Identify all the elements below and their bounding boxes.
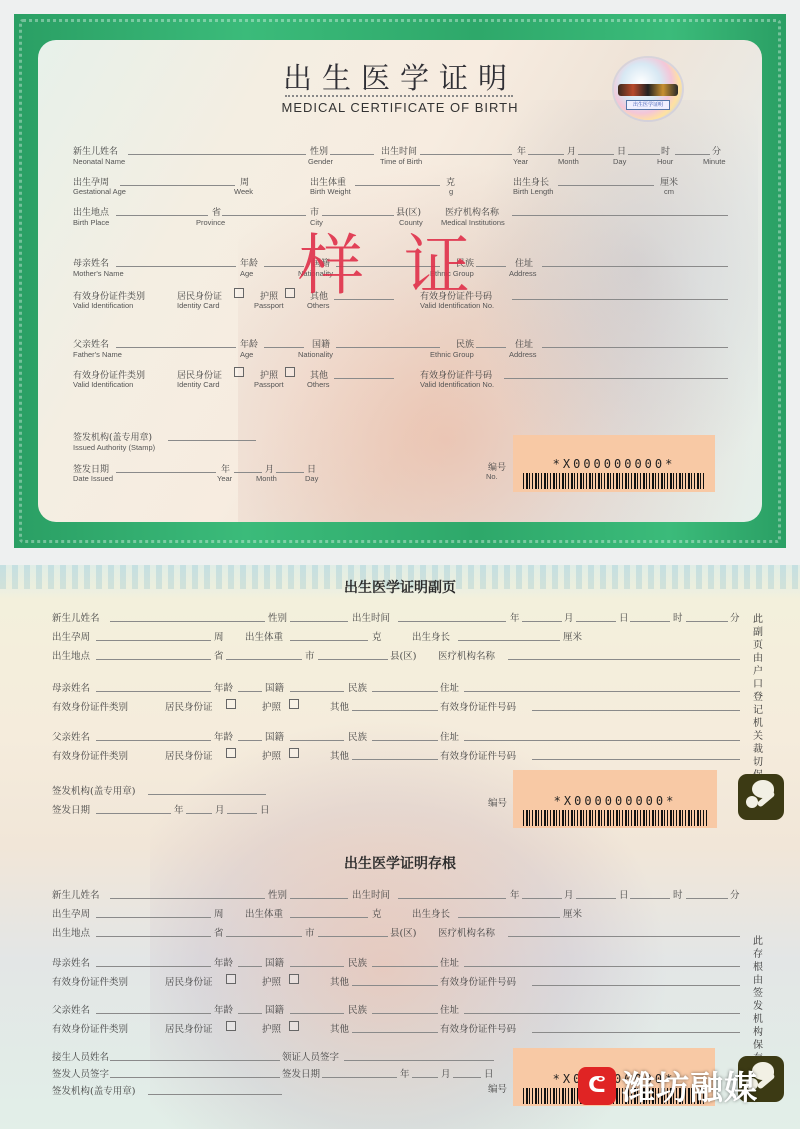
copy-mother-address-field[interactable]	[464, 691, 740, 692]
mother-id-number-field[interactable]	[512, 299, 728, 300]
copy-date-month-field[interactable]	[186, 813, 212, 814]
date-issued-day-field[interactable]	[276, 472, 304, 473]
stub-date-year-field[interactable]	[322, 1077, 397, 1078]
birth-day-field[interactable]	[578, 154, 614, 155]
stub-page-title: 出生医学证明存根	[0, 853, 800, 873]
stub-birth-day-field[interactable]	[576, 898, 616, 899]
stub-father-id-other-field[interactable]	[352, 1032, 438, 1033]
birth-weight-field[interactable]	[355, 185, 440, 186]
stub-birth-province-field[interactable]	[96, 936, 211, 937]
birth-year-field[interactable]	[420, 154, 512, 155]
hologram-label: 出生医学证明	[626, 100, 670, 110]
copy-mother-id-card-checkbox[interactable]	[226, 699, 236, 709]
mother-passport-checkbox[interactable]	[285, 288, 295, 298]
copy-serial-number: *X000000000*	[513, 794, 717, 808]
copy-gestational-age-field[interactable]	[96, 640, 211, 641]
copy-page-side-note: 此副页由户口登记机关裁切保存	[752, 613, 764, 795]
copy-mother-ethnic-field[interactable]	[372, 691, 438, 692]
copy-father-passport-checkbox[interactable]	[289, 748, 299, 758]
copy-birth-weight-field[interactable]	[290, 640, 368, 641]
stub-issued-authority-field[interactable]	[148, 1094, 282, 1095]
stub-birth-hour-field[interactable]	[630, 898, 670, 899]
copy-father-id-other-field[interactable]	[352, 759, 438, 760]
serial-number: *X000000000*	[513, 457, 715, 471]
issued-authority-field[interactable]	[168, 440, 256, 441]
mother-id-card-checkbox[interactable]	[234, 288, 244, 298]
copy-father-ethnic-field[interactable]	[372, 740, 438, 741]
stub-mother-ethnic-field[interactable]	[372, 966, 438, 967]
mother-address-field[interactable]	[542, 266, 728, 267]
stub-midwife-name-field[interactable]	[110, 1060, 280, 1061]
copy-mother-nationality-field[interactable]	[290, 691, 344, 692]
stub-father-ethnic-field[interactable]	[372, 1013, 438, 1014]
stub-mother-name-field[interactable]	[96, 966, 211, 967]
copy-date-year-field[interactable]	[96, 813, 171, 814]
stub-gestational-age-field[interactable]	[96, 917, 211, 918]
copy-mother-id-number-field[interactable]	[532, 710, 740, 711]
stub-birth-minute-field[interactable]	[686, 898, 728, 899]
stub-mother-passport-checkbox[interactable]	[289, 974, 299, 984]
stub-mother-nationality-field[interactable]	[290, 966, 344, 967]
father-id-number-field[interactable]	[504, 378, 728, 379]
copy-birth-length-field[interactable]	[458, 640, 560, 641]
stub-mother-id-other-field[interactable]	[352, 985, 438, 986]
birth-certificate-emblem-icon	[738, 774, 784, 820]
copy-birth-city-field[interactable]	[226, 659, 302, 660]
father-passport-checkbox[interactable]	[285, 367, 295, 377]
stub-mother-id-card-checkbox[interactable]	[226, 974, 236, 984]
neonatal-name-field[interactable]	[128, 154, 306, 155]
copy-page-title: 出生医学证明副页	[0, 577, 800, 597]
stub-neonatal-name-field[interactable]	[110, 898, 265, 899]
copy-issued-authority-field[interactable]	[148, 794, 266, 795]
stub-birth-month-field[interactable]	[522, 898, 562, 899]
serial-number-box: *X000000000*	[513, 435, 715, 492]
copy-father-age-field[interactable]	[238, 740, 262, 741]
copy-birth-hour-field[interactable]	[630, 621, 670, 622]
stub-issuer-signature-field[interactable]	[110, 1077, 280, 1078]
institution-field[interactable]	[512, 215, 728, 216]
stub-birth-county-field[interactable]	[318, 936, 388, 937]
birth-length-field[interactable]	[558, 185, 654, 186]
gestational-age-field[interactable]	[120, 185, 235, 186]
certificate-title-en: MEDICAL CERTIFICATE OF BIRTH	[0, 100, 800, 115]
media-watermark: ᕦ 潍坊融媒	[578, 1062, 758, 1109]
father-ethnic-field[interactable]	[476, 347, 506, 348]
stub-birth-length-field[interactable]	[458, 917, 560, 918]
copy-father-name-field[interactable]	[96, 740, 211, 741]
hologram-seal-icon: 出生医学证明	[614, 58, 682, 120]
father-id-card-checkbox[interactable]	[234, 367, 244, 377]
sample-stamp: 样证	[298, 212, 510, 307]
weifang-media-logo-icon: ᕦ	[578, 1067, 616, 1105]
mother-name-field[interactable]	[116, 266, 236, 267]
date-issued-year-field[interactable]	[116, 472, 216, 473]
copy-serial-number-box: *X000000000*	[513, 770, 717, 828]
birth-month-field[interactable]	[528, 154, 564, 155]
stub-birth-weight-field[interactable]	[290, 917, 368, 918]
stub-page-side-note: 此存根由签发机构保存	[752, 935, 764, 1065]
copy-mother-id-other-field[interactable]	[352, 710, 438, 711]
birth-minute-field[interactable]	[675, 154, 710, 155]
copy-neonatal-name-field[interactable]	[110, 621, 265, 622]
stub-recipient-signature-field[interactable]	[344, 1060, 494, 1061]
father-id-other-field[interactable]	[334, 378, 394, 379]
stub-birth-city-field[interactable]	[226, 936, 302, 937]
copy-date-day-field[interactable]	[227, 813, 257, 814]
date-issued-month-field[interactable]	[234, 472, 262, 473]
label-neonatal-name: 新生儿姓名	[73, 144, 118, 157]
father-address-field[interactable]	[542, 347, 728, 348]
father-nationality-field[interactable]	[336, 347, 440, 348]
copy-father-address-field[interactable]	[464, 740, 740, 741]
copy-institution-field[interactable]	[508, 659, 740, 660]
stub-father-id-number-field[interactable]	[532, 1032, 740, 1033]
stub-father-passport-checkbox[interactable]	[289, 1021, 299, 1031]
copy-father-nationality-field[interactable]	[290, 740, 344, 741]
copy-barcode-icon	[523, 810, 707, 826]
stub-date-day-field[interactable]	[453, 1077, 481, 1078]
copy-birth-month-field[interactable]	[522, 621, 562, 622]
barcode-icon	[523, 473, 705, 489]
stub-birth-year-field[interactable]	[398, 898, 506, 899]
copy-gender-field[interactable]	[290, 621, 348, 622]
stub-father-id-card-checkbox[interactable]	[226, 1021, 236, 1031]
copy-mother-passport-checkbox[interactable]	[289, 699, 299, 709]
copy-father-id-number-field[interactable]	[532, 759, 740, 760]
stub-father-age-field[interactable]	[238, 1013, 262, 1014]
stub-mother-address-field[interactable]	[464, 966, 740, 967]
father-name-field[interactable]	[116, 347, 236, 348]
copy-birth-minute-field[interactable]	[686, 621, 728, 622]
birth-hour-field[interactable]	[628, 154, 660, 155]
stub-mother-id-number-field[interactable]	[532, 985, 740, 986]
birth-city-field[interactable]	[222, 215, 306, 216]
title-divider	[285, 95, 513, 97]
copy-father-id-card-checkbox[interactable]	[226, 748, 236, 758]
stub-mother-age-field[interactable]	[238, 966, 262, 967]
stub-father-nationality-field[interactable]	[290, 1013, 344, 1014]
copy-mother-name-field[interactable]	[96, 691, 211, 692]
birth-province-field[interactable]	[116, 215, 208, 216]
copy-birth-year-field[interactable]	[398, 621, 506, 622]
copy-birth-province-field[interactable]	[96, 659, 211, 660]
gender-field[interactable]	[330, 154, 374, 155]
stub-institution-field[interactable]	[508, 936, 740, 937]
copy-birth-county-field[interactable]	[318, 659, 388, 660]
stub-date-month-field[interactable]	[412, 1077, 438, 1078]
stub-gender-field[interactable]	[290, 898, 348, 899]
stub-father-address-field[interactable]	[464, 1013, 740, 1014]
copy-mother-age-field[interactable]	[238, 691, 262, 692]
watermark-text: 潍坊融媒	[622, 1062, 758, 1109]
copy-birth-day-field[interactable]	[576, 621, 616, 622]
father-age-field[interactable]	[264, 347, 304, 348]
stub-father-name-field[interactable]	[96, 1013, 211, 1014]
